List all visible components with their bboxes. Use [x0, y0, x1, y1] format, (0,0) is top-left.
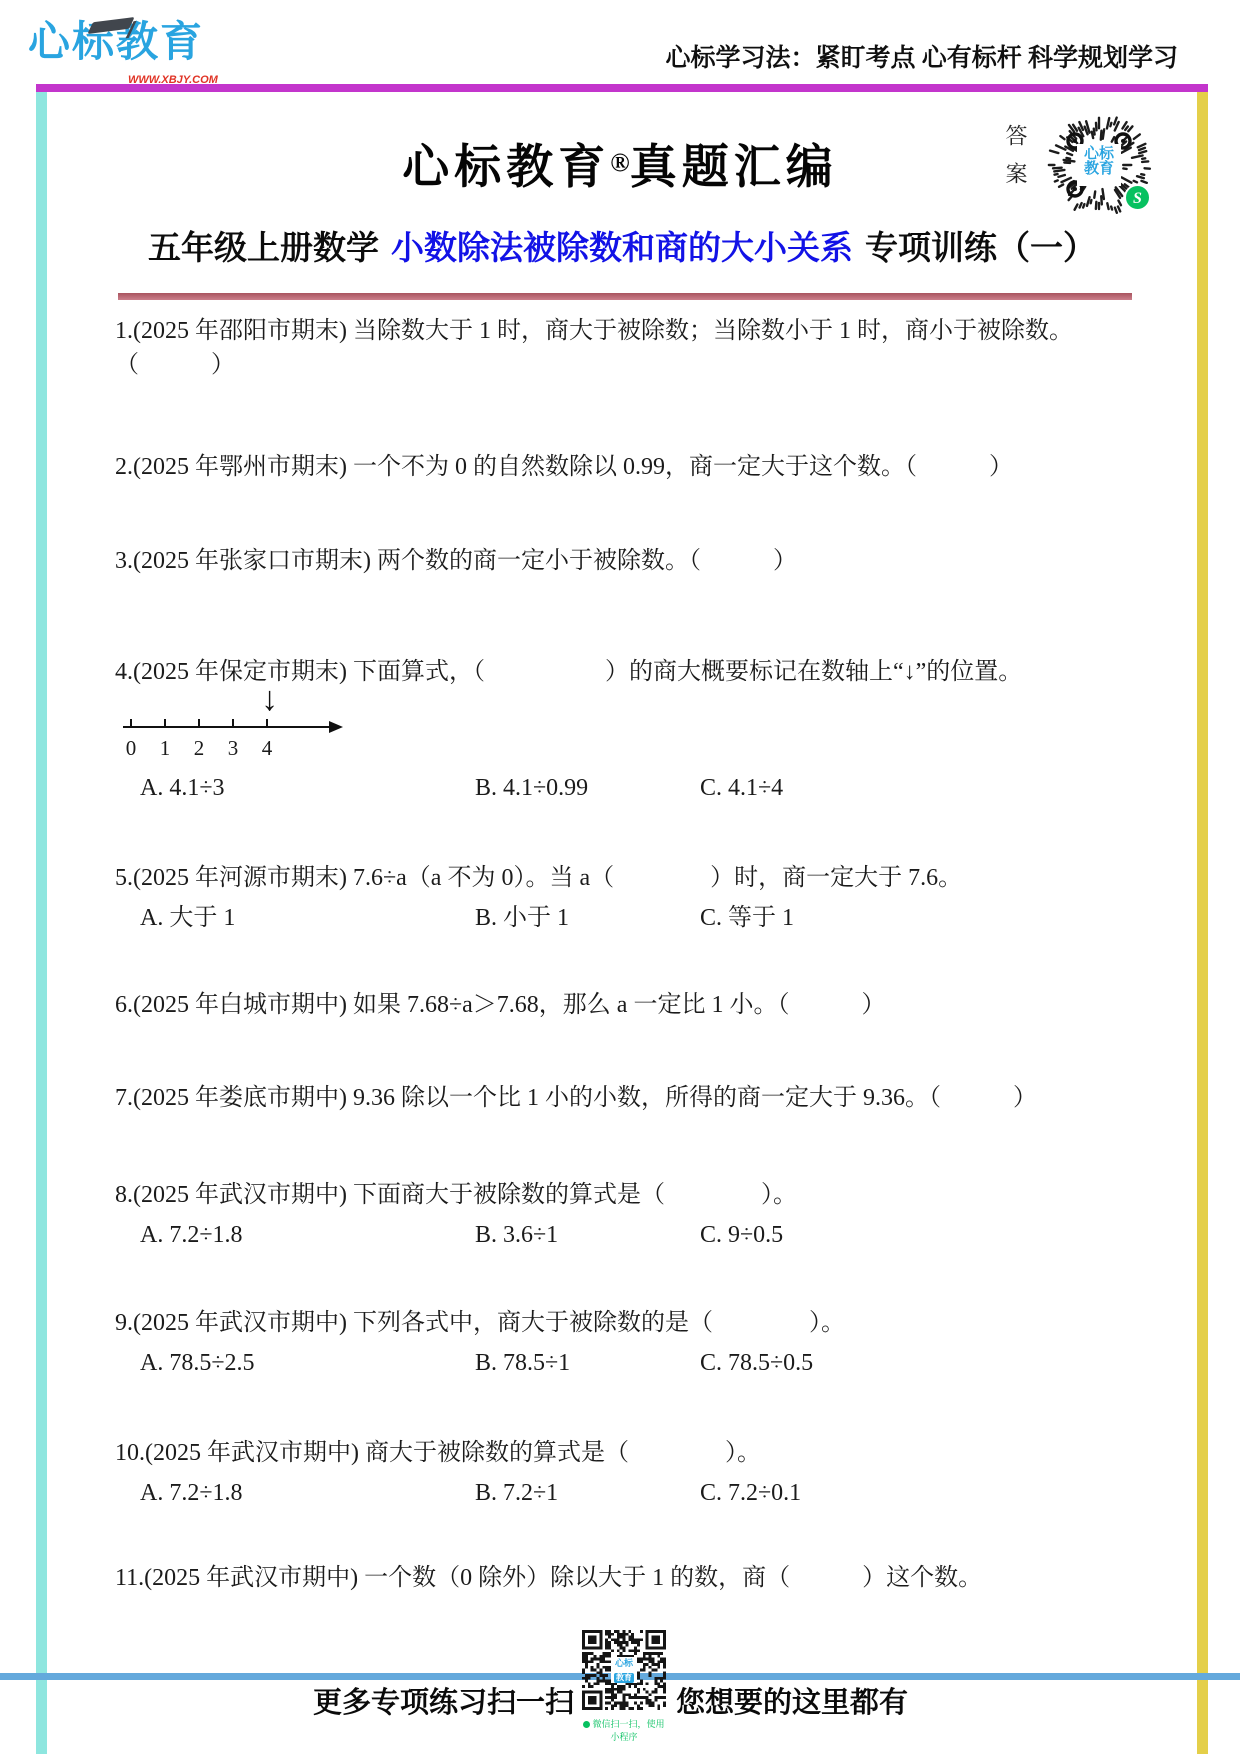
options-row: A. 4.1÷3 B. 4.1÷0.99 C. 4.1÷4 [115, 771, 1115, 805]
down-arrow-marker: ↓ [261, 683, 278, 717]
question-text: 9.(2025 年武汉市期中) 下列各式中，商大于被除数的是（ ）。 [115, 1306, 1115, 1340]
options-row: A. 78.5÷2.5 B. 78.5÷1 C. 78.5÷0.5 [115, 1346, 1115, 1380]
answer-label: 答案 [1000, 124, 1031, 200]
header-tagline: 心标学习法：紧盯考点 心有标杆 科学规划学习 [665, 38, 1178, 74]
footer-right-text: 您想要的这里都有 [676, 1680, 908, 1721]
question-text: 11.(2025 年武汉市期中) 一个数（0 除外）除以大于 1 的数，商（ ）… [115, 1561, 1115, 1595]
question-text: 2.(2025 年鄂州市期末) 一个不为 0 的自然数除以 0.99，商一定大于… [115, 450, 1115, 484]
tick-label: 2 [189, 731, 209, 765]
question-text: 7.(2025 年娄底市期中) 9.36 除以一个比 1 小的小数，所得的商一定… [115, 1081, 1115, 1115]
qr-center-logo: 心标教育 [1077, 144, 1121, 186]
subtitle-topic: 小数除法被除数和商的大小关系 [391, 229, 853, 266]
question-text: 6.(2025 年白城市期中) 如果 7.68÷a＞7.68，那么 a 一定比 … [115, 988, 1115, 1022]
footer-qr-logo-line2: 教育 [614, 1673, 634, 1683]
tick-label: 3 [223, 731, 243, 765]
question-9: 9.(2025 年武汉市期中) 下列各式中，商大于被除数的是（ ）。 A. 78… [115, 1306, 1115, 1380]
option-b: B. 3.6÷1 [475, 1218, 700, 1252]
option-b: B. 4.1÷0.99 [475, 771, 700, 805]
option-a: A. 7.2÷1.8 [140, 1218, 475, 1252]
worksheet-subtitle: 五年级上册数学小数除法被除数和商的大小关系专项训练（一） [36, 222, 1208, 269]
option-c: C. 等于 1 [700, 901, 1115, 935]
answer-blank: （ ） [115, 348, 1115, 382]
options-row: A. 7.2÷1.8 B. 7.2÷1 C. 7.2÷0.1 [115, 1476, 1115, 1510]
left-border [36, 92, 47, 1754]
wechat-miniprogram-icon: S [1124, 184, 1151, 211]
subtitle-grade: 五年级上册数学 [148, 229, 379, 266]
option-c: C. 78.5÷0.5 [700, 1346, 1115, 1380]
question-8: 8.(2025 年武汉市期中) 下面商大于被除数的算式是（ ）。 A. 7.2÷… [115, 1178, 1115, 1252]
option-c: C. 4.1÷4 [700, 771, 1115, 805]
question-2: 2.(2025 年鄂州市期末) 一个不为 0 的自然数除以 0.99，商一定大于… [115, 450, 1115, 484]
brand-logo-text: 心标教育 [28, 16, 258, 68]
number-line: ↓ 0 1 2 3 4 [115, 693, 375, 765]
page-title: 心标教育®真题汇编 [115, 130, 1125, 197]
answers-qr-code: 心标教育 S [1046, 112, 1152, 218]
option-a: A. 4.1÷3 [140, 771, 475, 805]
brand-logo: 心标教育 WWW.XBJY.COM [28, 16, 258, 82]
option-a: A. 78.5÷2.5 [140, 1346, 475, 1380]
page-title-suffix: 真题汇编 [630, 142, 838, 194]
wechat-dot-icon [583, 1721, 590, 1728]
footer-qr-caption: 微信扫一扫，使用小程序 [582, 1717, 666, 1743]
question-5: 5.(2025 年河源市期末) 7.6÷a（a 不为 0）。当 a（ ）时，商一… [115, 861, 1115, 935]
option-b: B. 小于 1 [475, 901, 700, 935]
question-7: 7.(2025 年娄底市期中) 9.36 除以一个比 1 小的小数，所得的商一定… [115, 1081, 1115, 1115]
tick-label: 1 [155, 731, 175, 765]
question-text: 1.(2025 年邵阳市期末) 当除数大于 1 时，商大于被除数；当除数小于 1… [115, 314, 1115, 348]
tick-label: 4 [257, 731, 277, 765]
subtitle-series: 专项训练（一） [865, 229, 1096, 266]
tick-label: 0 [121, 731, 141, 765]
section-rule [118, 293, 1132, 300]
options-row: A. 7.2÷1.8 B. 3.6÷1 C. 9÷0.5 [115, 1218, 1115, 1252]
option-b: B. 78.5÷1 [475, 1346, 700, 1380]
option-a: A. 7.2÷1.8 [140, 1476, 475, 1510]
footer-left-text: 更多专项练习扫一扫 [313, 1680, 574, 1721]
footer-qr-code: 心标教育 微信扫一扫，使用小程序 [582, 1630, 666, 1743]
option-c: C. 7.2÷0.1 [700, 1476, 1115, 1510]
question-text: 3.(2025 年张家口市期末) 两个数的商一定小于被除数。（ ） [115, 544, 1115, 578]
question-3: 3.(2025 年张家口市期末) 两个数的商一定小于被除数。（ ） [115, 544, 1115, 578]
question-text: 8.(2025 年武汉市期中) 下面商大于被除数的算式是（ ）。 [115, 1178, 1115, 1212]
right-border [1197, 92, 1208, 1754]
question-10: 10.(2025 年武汉市期中) 商大于被除数的算式是（ ）。 A. 7.2÷1… [115, 1436, 1115, 1510]
option-a: A. 大于 1 [140, 901, 475, 935]
footer-qr-center-logo: 心标教育 [611, 1657, 637, 1683]
brand-logo-url: WWW.XBJY.COM [128, 74, 218, 86]
question-text: 5.(2025 年河源市期末) 7.6÷a（a 不为 0）。当 a（ ）时，商一… [115, 861, 1115, 895]
question-1: 1.(2025 年邵阳市期末) 当除数大于 1 时，商大于被除数；当除数小于 1… [115, 314, 1115, 382]
registered-mark: ® [610, 148, 629, 177]
footer-qr-logo-line1: 心标 [611, 1659, 637, 1668]
page-title-brand: 心标教育 [402, 142, 610, 194]
question-11: 11.(2025 年武汉市期中) 一个数（0 除外）除以大于 1 的数，商（ ）… [115, 1561, 1115, 1595]
worksheet-page: 心标教育 WWW.XBJY.COM 心标学习法：紧盯考点 心有标杆 科学规划学习… [0, 0, 1240, 1754]
option-b: B. 7.2÷1 [475, 1476, 700, 1510]
option-c: C. 9÷0.5 [700, 1218, 1115, 1252]
question-4: 4.(2025 年保定市期末) 下面算式，（ ）的商大概要标记在数轴上“↓”的位… [115, 655, 1115, 805]
question-6: 6.(2025 年白城市期中) 如果 7.68÷a＞7.68，那么 a 一定比 … [115, 988, 1115, 1022]
question-text: 10.(2025 年武汉市期中) 商大于被除数的算式是（ ）。 [115, 1436, 1115, 1470]
options-row: A. 大于 1 B. 小于 1 C. 等于 1 [115, 901, 1115, 935]
number-line-labels: 0 1 2 3 4 [115, 731, 335, 757]
